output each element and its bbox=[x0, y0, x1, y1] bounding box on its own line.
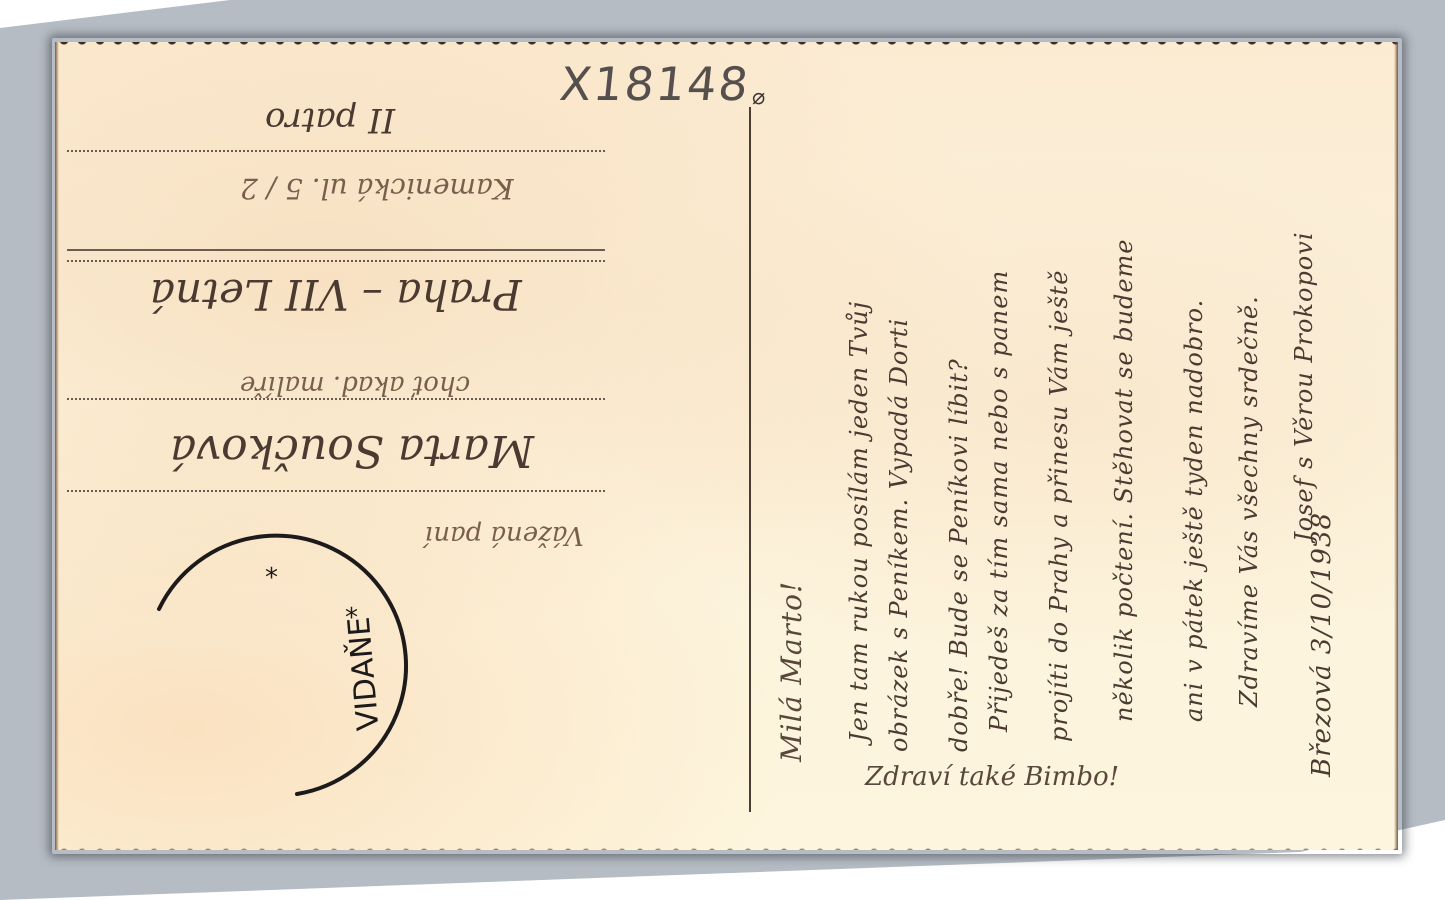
edge-right bbox=[1394, 42, 1398, 850]
catalog-number: X18148 bbox=[557, 57, 753, 111]
message-line-5: projíti do Prahy a přinesu Vám ještě bbox=[1045, 269, 1073, 742]
empty-set-mark: ⌀ bbox=[752, 85, 765, 110]
message-line-4: Přijedeš za tím sama nebo s panem bbox=[985, 270, 1013, 732]
address-floor: II patro bbox=[265, 100, 395, 140]
svg-text:*: * bbox=[265, 563, 278, 593]
address-line-4 bbox=[67, 490, 605, 492]
message-place-date: Březová 3/10/1938 bbox=[1307, 512, 1337, 777]
address-street: Kamenická ul. 5 / 2 bbox=[240, 172, 514, 205]
address-line-1 bbox=[67, 150, 605, 152]
postcard: X18148 ⌀ II patro Kamenická ul. 5 / 2 Pr… bbox=[55, 42, 1398, 850]
address-city: Praha – VII Letná bbox=[150, 270, 522, 319]
address-occupation: choť akad. malíře bbox=[240, 370, 470, 400]
address-line-2 bbox=[67, 260, 605, 262]
message-line-2: obrázek s Peníkem. Vypadá Dorti bbox=[885, 318, 913, 752]
message-line-6: několik počtení. Stěhovat se budeme bbox=[1110, 239, 1138, 723]
deckle-edge-bottom bbox=[55, 844, 1398, 850]
postmark-text: VIDAŇE bbox=[341, 615, 387, 732]
address-recipient: Marta Součková bbox=[170, 425, 534, 476]
address-salutation: Vážená paní bbox=[425, 520, 584, 550]
message-postscript: Zdraví také Bimbo! bbox=[865, 762, 1119, 792]
edge-left bbox=[55, 42, 59, 850]
message-line-8: Zdravíme Vás všechny srdečně. bbox=[1235, 295, 1263, 707]
postmark: * * VIDAŇE bbox=[147, 514, 427, 814]
deckle-edge-top bbox=[55, 42, 1398, 48]
divider-line bbox=[749, 107, 751, 812]
message-line-1: Jen tam rukou posílám jeden Tvůj bbox=[845, 301, 873, 742]
message-signature: Josef s Věrou Prokopovi bbox=[1290, 232, 1318, 543]
message-greeting: Milá Marto! bbox=[775, 581, 808, 762]
address-line-solid bbox=[67, 249, 605, 251]
message-line-7: ani v pátek ještě tyden nadobro. bbox=[1180, 299, 1208, 722]
message-line-3: dobře! Bude se Peníkovi líbit? bbox=[945, 358, 973, 752]
